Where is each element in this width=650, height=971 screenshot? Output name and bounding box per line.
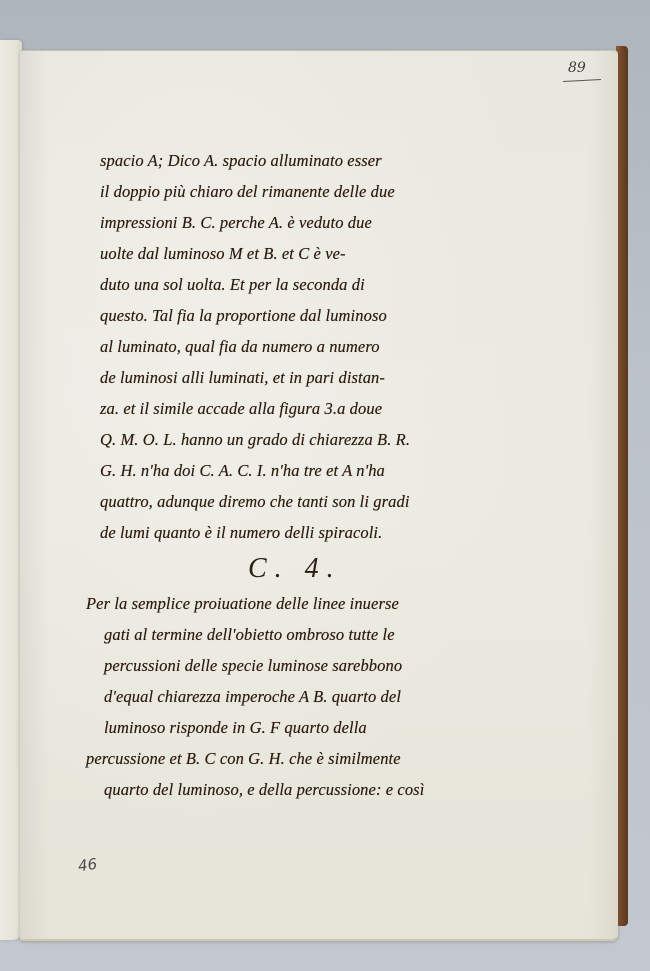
text-line: d'equal chiarezza imperoche A B. quarto … <box>86 681 526 712</box>
text-line: uolte dal luminoso M et B. et C è ve- <box>100 238 530 269</box>
text-line: al luminato, qual fia da numero a numero <box>100 331 530 362</box>
previous-leaf-edge <box>0 40 22 940</box>
text-line: quarto del luminoso, e della percussione… <box>86 774 526 805</box>
folio-number: 89 <box>568 60 586 76</box>
section-heading: C. 4. <box>248 553 342 585</box>
text-line: Per la semplice proiuatione delle linee … <box>86 588 526 619</box>
text-line: questo. Tal fia la proportione dal lumin… <box>100 300 530 331</box>
text-line: luminoso risponde in G. F quarto della <box>86 712 526 743</box>
text-line: Q. M. O. L. hanno un grado di chiarezza … <box>100 424 530 455</box>
text-line: percussioni delle specie luminose sarebb… <box>86 650 526 681</box>
text-line: impressioni B. C. perche A. è veduto due <box>100 207 530 238</box>
text-line: de luminosi alli luminati, et in pari di… <box>100 362 530 393</box>
paragraph-1: spacio A; Dico A. spacio alluminato esse… <box>100 145 530 548</box>
pencil-shelfmark: 46 <box>77 855 98 875</box>
paragraph-2: Per la semplice proiuatione delle linee … <box>86 588 526 805</box>
text-line: quattro, adunque diremo che tanti son li… <box>100 486 530 517</box>
text-line: il doppio più chiaro del rimanente delle… <box>100 176 530 207</box>
text-line: de lumi quanto è il numero delli spiraco… <box>100 517 530 548</box>
text-line: gati al termine dell'obietto ombroso tut… <box>86 619 526 650</box>
text-line: duto una sol uolta. Et per la seconda di <box>100 269 530 300</box>
text-line: za. et il simile accade alla figura 3.a … <box>100 393 530 424</box>
text-line: G. H. n'ha doi C. A. C. I. n'ha tre et A… <box>100 455 530 486</box>
text-line: spacio A; Dico A. spacio alluminato esse… <box>100 145 530 176</box>
text-line: percussione et B. C con G. H. che è simi… <box>86 743 526 774</box>
